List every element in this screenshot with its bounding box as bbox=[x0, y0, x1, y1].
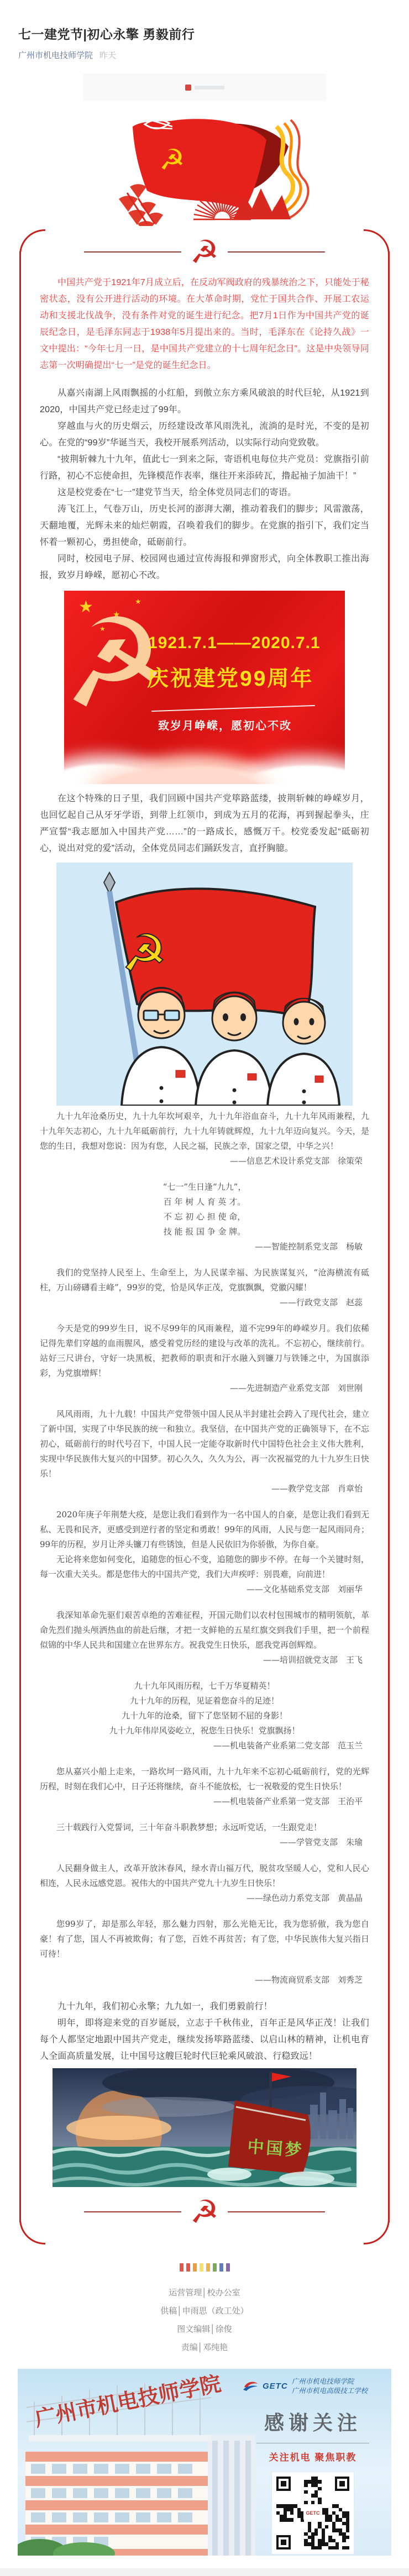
frame-right-border bbox=[388, 251, 390, 2222]
qr-module bbox=[318, 2480, 321, 2483]
poem: “七一”生日逢“九九”，百 年 树 人 育 英 才。不 忘 初 心 担 使 命，… bbox=[40, 1180, 369, 1239]
school-follow-banner-image[interactable]: 广州市机电技师学院 GETC 广州市机电技师学院 广州市机电高级技工学校 感谢关… bbox=[18, 2369, 391, 2556]
party-flag-illustration-image[interactable]: ☭ bbox=[94, 110, 315, 226]
poem-line: 九十九年伟岸风姿屹立，祝您生日快乐！党旗飘扬！ bbox=[40, 1723, 369, 1738]
body-paragraph: “披荆斩棘九十九年，值此七一到来之际，寄语机电每位共产党员：党旗指引前行路，初心… bbox=[40, 451, 369, 485]
sea-foam bbox=[279, 2172, 334, 2186]
poem-line: 百 年 树 人 育 英 才。 bbox=[40, 1195, 369, 1210]
qr-module bbox=[314, 2532, 318, 2536]
cloud-shape bbox=[247, 765, 345, 784]
color-bar bbox=[226, 2263, 230, 2272]
banner-slogan: 关注机电 聚焦职教 bbox=[242, 2449, 384, 2463]
hammer-sickle-icon: ☭ bbox=[159, 144, 185, 177]
qr-module bbox=[318, 2546, 321, 2549]
red-paragraph: 中国共产党于1921年7月成立后，在反动军阀政府的残暴统治之下，只能处于秘密状态… bbox=[40, 275, 369, 374]
message-paragraph: 您从嘉兴小船上走来，一路坎坷一路风雨，九十九年来不忘初心砥砺前行，党的光辉历程，… bbox=[40, 1764, 369, 1794]
article-section-messages: 九十九年沧桑历史，九十九年坎坷艰辛，九十九年浴血奋斗，九十九年风雨兼程，九十九年… bbox=[40, 1109, 369, 2065]
message-paragraph: 无论将来您如何变化，追随您的恒心不变，追随您的脚步不停。在每一个关键时刻，每一次… bbox=[40, 1552, 369, 1582]
hammer-sickle-icon: ☭ bbox=[122, 924, 167, 983]
qr-module bbox=[304, 2501, 307, 2504]
poem-line: 九十九年的沧桑，留下了您坚韧不屈的身影！ bbox=[40, 1708, 369, 1723]
qr-module bbox=[346, 2528, 349, 2532]
message-paragraph: 我们的党坚持人民至上、生命至上，为人民谋幸福、为民族谋复兴，“沧海横流有砥柱，万… bbox=[40, 1265, 369, 1295]
anniversary-slogan: 致岁月峥嵘，愿初心不改 bbox=[158, 717, 292, 733]
mini-logo-icon bbox=[185, 85, 191, 91]
credit-line: 图文编辑│徐俊 bbox=[0, 2320, 409, 2338]
poem-line: 九十九年的历程，见证着您奋斗的足迹！ bbox=[40, 1694, 369, 1708]
frame-corner bbox=[364, 229, 390, 255]
sunset-cloud bbox=[66, 2116, 171, 2140]
frame-corner bbox=[19, 2218, 45, 2244]
poem-line: 九十九年风雨历程，七千万华夏精英！ bbox=[40, 1679, 369, 1694]
account-name-link[interactable]: 广州市机电技师学院 bbox=[18, 51, 93, 60]
article-page: 七一建党节|初心永擎 勇毅前行 广州市机电技师学院昨天 ☭ bbox=[0, 0, 409, 2576]
footer-strip bbox=[0, 2568, 409, 2576]
body-paragraph: 九十九年，我们初心永擎；九九如一，我们勇毅前行！ bbox=[40, 1999, 369, 2015]
article-section-activity: 在这个特殊的日子里，我们回顾中国共产党筚路蓝缕，披荆斩棘的峥嵘岁月，也回忆起自己… bbox=[40, 791, 369, 857]
divider-line bbox=[228, 2211, 325, 2212]
message-paragraph: 人民翻身做主人，改革开放沐春风，绿水青山福万代，脱贫攻坚暖人心，党和人民心相连，… bbox=[40, 1861, 369, 1891]
main-flag-shape bbox=[133, 119, 266, 209]
school-name-2: 广州市机电高级技工学校 bbox=[292, 2386, 368, 2395]
school-logo-row: GETC 广州市机电技师学院 广州市机电高级技工学校 bbox=[242, 2377, 384, 2395]
body-paragraph: 这是校党委在“七一”建党节当天，给全体党员同志们的寄语。 bbox=[40, 485, 369, 501]
school-building-photo: 广州市机电技师学院 bbox=[18, 2369, 255, 2556]
divider-line bbox=[84, 251, 181, 253]
message-paragraph: 三十载践行入党誓词，三十年奋斗职教梦想；永远听党话，一生跟党走！ bbox=[40, 1820, 369, 1835]
attribution: ——学管党支部 朱瑜 bbox=[40, 1835, 369, 1850]
poem-line: 技 能 报 国 争 金 牌。 bbox=[40, 1224, 369, 1239]
red-quote-frame: ☭ 中国共产党于1921年7月成立后，在反动军阀政府的残暴统治之下，只能处于秘密… bbox=[19, 229, 390, 2244]
qr-module bbox=[335, 2546, 339, 2549]
qr-module bbox=[318, 2501, 321, 2504]
logo-text: GETC bbox=[263, 2382, 288, 2391]
qr-module bbox=[346, 2536, 349, 2539]
school-logo-icon bbox=[242, 2379, 259, 2393]
color-bar bbox=[213, 2263, 217, 2272]
image-loading-placeholder bbox=[83, 73, 326, 101]
article-section-intro: 中国共产党于1921年7月成立后，在反动军阀政府的残暴统治之下，只能处于秘密状态… bbox=[40, 275, 369, 584]
credit-line: 运营管理│校办公室 bbox=[0, 2284, 409, 2302]
color-bar bbox=[186, 2263, 190, 2272]
body-paragraph: 明年，即将迎来党的百岁诞辰，立志于千秋伟业，百年正是风华正茂！让我们每个人都坚定… bbox=[40, 2015, 369, 2065]
body-paragraph: 从嘉兴南湖上风雨飘摇的小红船，到傲立东方乘风破浪的时代巨轮，从1921到2020… bbox=[40, 385, 369, 418]
publish-date: 昨天 bbox=[99, 51, 116, 60]
qr-module bbox=[304, 2490, 307, 2494]
body-paragraph: 穿越血与火的历史烟云，历经建设改革风雨洗礼，流淌的是时光，不变的是初心。在党的“… bbox=[40, 418, 369, 451]
poem: 九十九年风雨历程，七千万华夏精英！九十九年的历程，见证着您奋斗的足迹！九十九年的… bbox=[40, 1679, 369, 1738]
message-paragraph: 九十九年沧桑历史，九十九年坎坷艰辛，九十九年浴血奋斗，九十九年风雨兼程，九十九年… bbox=[40, 1109, 369, 1154]
color-bar bbox=[206, 2263, 210, 2272]
qrcode-finder bbox=[276, 2535, 291, 2549]
attribution: ——绿色动力系党支部 黄晶晶 bbox=[40, 1891, 369, 1906]
anniversary-headline: 庆祝建党99周年 bbox=[147, 661, 313, 692]
page-title: 七一建党节|初心永擎 勇毅前行 bbox=[18, 25, 391, 43]
banner-divider-line bbox=[151, 705, 315, 712]
qrcode-logo: GETC bbox=[303, 2505, 322, 2521]
qr-module bbox=[311, 2501, 314, 2504]
color-bars-divider bbox=[0, 2263, 409, 2272]
poem-line: 不 忘 初 心 担 使 命， bbox=[40, 1210, 369, 1224]
qr-module bbox=[290, 2518, 293, 2521]
message-paragraph: 今天是党的99岁生日，说不尽99年的风雨兼程，道不完99年的峥嵘岁月。我们依稀记… bbox=[40, 1321, 369, 1381]
party-emblem-icon: ☭ bbox=[190, 236, 219, 268]
building-sign-text: 广州市机电技师学院 bbox=[33, 2370, 223, 2431]
article-header: 七一建党节|初心永擎 勇毅前行 广州市机电技师学院昨天 bbox=[0, 0, 409, 61]
thanks-for-following-text: 感谢关注 bbox=[242, 2407, 384, 2436]
frame-left-border bbox=[19, 251, 21, 2222]
article-meta: 广州市机电技师学院昨天 bbox=[18, 50, 391, 61]
anniversary-banner-image[interactable]: ★ ★ ★ ★ ☭ 1921.7.1——2020.7.1 庆祝建党99周年 致岁… bbox=[64, 591, 345, 784]
color-bar bbox=[200, 2263, 203, 2272]
attribution: ——信息艺术设计系党支部 徐策荣 bbox=[40, 1154, 369, 1169]
qrcode-logo-text: GETC bbox=[306, 2510, 319, 2516]
cartoon-party-flag-image[interactable]: ☭ bbox=[56, 863, 353, 1106]
message-paragraph: 风风雨雨，九十九载！中国共产党带领中国人民从半封建社会跨入了现代社会，建立了新中… bbox=[40, 1407, 369, 1481]
attribution: ——先进制造产业系党支部 刘世刚 bbox=[40, 1381, 369, 1396]
banner-right-panel: GETC 广州市机电技师学院 广州市机电高级技工学校 感谢关注 关注机电 聚焦职… bbox=[242, 2377, 384, 2554]
body-paragraph: 同时，校园电子屏、校园网也通过宣传海报和弹窗形式，向全体教职工推出海报，致岁月峥… bbox=[40, 551, 369, 584]
credit-line: 责编│邓纯艳 bbox=[0, 2338, 409, 2357]
qr-module bbox=[342, 2539, 345, 2542]
body-paragraph: 在这个特殊的日子里，我们回顾中国共产党筚路蓝缕，披荆斩棘的峥嵘岁月，也回忆起自己… bbox=[40, 791, 369, 857]
emblem-divider-top: ☭ bbox=[40, 236, 369, 268]
qr-module bbox=[318, 2487, 321, 2490]
color-bar bbox=[219, 2263, 223, 2272]
party-emblem-icon: ☭ bbox=[190, 2196, 219, 2228]
qrcode[interactable]: GETC bbox=[272, 2472, 354, 2554]
color-bar bbox=[193, 2263, 197, 2272]
sea-foam bbox=[207, 2168, 251, 2181]
attribution: ——智能控制系党支部 杨敏 bbox=[40, 1239, 369, 1254]
school-name-1: 广州市机电技师学院 bbox=[292, 2377, 368, 2386]
color-bar bbox=[180, 2263, 183, 2272]
body-paragraph: 涛飞江上，气卷万山，历史长河的澎湃大潮，推动着我们的脚步；风雷激荡，天翻地覆，光… bbox=[40, 501, 369, 551]
placeholder-text-bar bbox=[195, 86, 224, 90]
divider-line bbox=[256, 2443, 369, 2443]
qr-module bbox=[290, 2511, 293, 2515]
anniversary-dates: 1921.7.1——2020.7.1 bbox=[148, 634, 321, 653]
frame-corner bbox=[19, 229, 45, 255]
attribution: ——机电装备产业系第一党支部 王治平 bbox=[40, 1794, 369, 1809]
message-paragraph: 您99岁了，却是那么年轻，那么魅力四射，那么光艳无比，我为您骄傲，我为您自豪！有… bbox=[40, 1917, 369, 1962]
attribution: ——教学党支部 肖章怡 bbox=[40, 1481, 369, 1496]
attribution: ——物流商贸系支部 刘秀芝 bbox=[40, 1973, 369, 1988]
attribution: ——机电装备产业系第二党支部 范玉兰 bbox=[40, 1738, 369, 1753]
emblem-divider-bottom: ☭ bbox=[40, 2196, 369, 2228]
message-paragraph: 2020年庚子年荆楚大疫，是您让我们看到作为一名中国人的自豪，是您让我们看到无私… bbox=[40, 1507, 369, 1552]
divider-line bbox=[228, 251, 325, 253]
poem-line: “七一”生日逢“九九”， bbox=[40, 1180, 369, 1195]
divider-line bbox=[84, 2211, 181, 2212]
mast bbox=[269, 2072, 272, 2109]
china-dream-ship-image[interactable]: 中国梦 bbox=[53, 2068, 356, 2187]
qr-module bbox=[346, 2546, 349, 2549]
attribution: ——培训招就党支部 王飞 bbox=[40, 1653, 369, 1668]
qr-module bbox=[304, 2484, 307, 2487]
qr-module bbox=[325, 2525, 328, 2528]
credit-line: 供稿│申雨思（政工处） bbox=[0, 2302, 409, 2320]
credits-block: 运营管理│校办公室供稿│申雨思（政工处）图文编辑│徐俊责编│邓纯艳 bbox=[0, 2284, 409, 2357]
qrcode-finder bbox=[335, 2477, 349, 2491]
qrcode-finder bbox=[276, 2477, 291, 2491]
message-paragraph: 我深知革命先驱们艰苦卓绝的苦难征程，开国元勋们以农村包围城市的精明领航，革命先烈… bbox=[40, 1608, 369, 1653]
attribution: ——文化基础系党支部 刘丽华 bbox=[40, 1582, 369, 1597]
cloud bbox=[102, 2097, 235, 2117]
school-names: 广州市机电技师学院 广州市机电高级技工学校 bbox=[292, 2377, 368, 2395]
frame-corner bbox=[364, 2218, 390, 2244]
attribution: ——行政党支部 赵蕊 bbox=[40, 1295, 369, 1310]
